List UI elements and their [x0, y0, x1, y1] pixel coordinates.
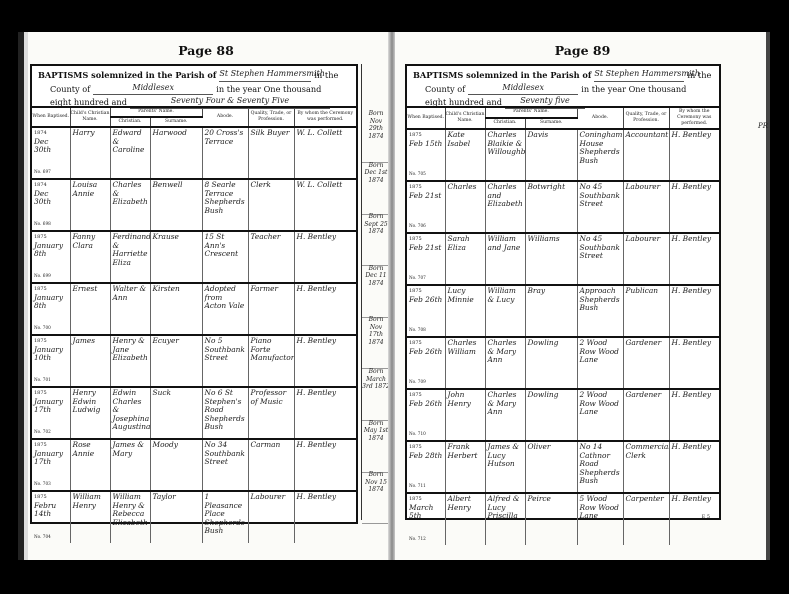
entry-number: No. 705: [409, 170, 426, 179]
entries-table: When Baptised. Child's Christian Name. P…: [407, 108, 719, 545]
parents-christian-cell: James & Lucy Hutson: [485, 441, 525, 493]
col-parents: Parents' Name.: [110, 108, 202, 117]
col-by: By whom the Ceremony was performed.: [294, 108, 356, 127]
abode-cell: No 45 Southbank Street: [577, 233, 623, 285]
child-name-cell: James: [70, 335, 110, 387]
margin-note: Born Dec 11 1874: [362, 265, 390, 318]
child-name-cell: Fanny Clara: [70, 231, 110, 283]
register-table-right: BAPTISMS solemnized in the Parish ofSt S…: [405, 64, 721, 520]
parents-christian-cell: Charles Blaikie & Willoughby: [485, 129, 525, 181]
quality-cell: Carpenter: [623, 493, 669, 545]
parents-christian-cell: William & Lucy: [485, 285, 525, 337]
entry-date: January 8th: [34, 242, 68, 259]
margin-note: Born Sept 25 1874: [362, 213, 390, 266]
entry-number: No. 708: [409, 326, 426, 335]
date-cell: 1875Feb 26thNo. 709: [407, 337, 445, 389]
parents-christian-cell: Charles and Elizabeth: [485, 181, 525, 233]
officiant-cell: H. Bentley: [669, 181, 719, 233]
entry-date: Feb 26th: [409, 348, 443, 357]
officiant-cell: W. L. Collett: [294, 179, 356, 231]
parish-value: St Stephen Hammersmith: [594, 68, 684, 82]
entry-date: January 17th: [34, 450, 68, 467]
surname-cell: Suck: [150, 387, 202, 439]
margin-note: Born Nov 15 1874: [362, 471, 390, 524]
margin-note: Born May 1st 1874: [362, 420, 390, 473]
entry-number: No. 702: [34, 428, 51, 437]
surname-cell: Harwood: [150, 127, 202, 179]
officiant-cell: H. Bentley: [294, 387, 356, 439]
quality-cell: Commercial Clerk: [623, 441, 669, 493]
child-name-cell: Ernest: [70, 283, 110, 335]
table-row: 1875January 8thNo. 699Fanny ClaraFerdina…: [32, 231, 356, 283]
surname-cell: Oliver: [525, 441, 577, 493]
entry-number: No. 703: [34, 480, 51, 489]
child-name-cell: Rose Annie: [70, 439, 110, 491]
table-row: 1874Dec 30thNo. 697HarryEdward & Carolin…: [32, 127, 356, 179]
col-christian: Christian.: [485, 118, 525, 129]
county-value: Middlesex: [93, 82, 213, 96]
entry-date: Febru 14th: [34, 502, 68, 519]
entry-number: No. 707: [409, 274, 426, 283]
date-cell: 1875Feb 26thNo. 710: [407, 389, 445, 441]
entries-table: When Baptised. Child's Christian Name. P…: [32, 108, 356, 543]
entry-date: Dec 30th: [34, 138, 68, 155]
heading-eight-hundred: eight hundred and: [50, 96, 127, 109]
heading-year: in the year One thousand: [581, 83, 686, 96]
surname-cell: Kirsten: [150, 283, 202, 335]
quality-cell: Gardener: [623, 337, 669, 389]
quality-cell: Clerk: [248, 179, 294, 231]
col-parents: Parents' Name.: [485, 108, 577, 118]
quality-cell: Piano Forte Manufactory: [248, 335, 294, 387]
quality-cell: Gardener: [623, 389, 669, 441]
entry-number: No. 698: [34, 220, 51, 229]
entry-number: No. 712: [409, 535, 426, 544]
table-row: 1875Feb 26thNo. 709Charles WilliamCharle…: [407, 337, 719, 389]
page-right: Page 89 BAPTISMS solemnized in the Paris…: [395, 32, 770, 560]
entry-number: No. 711: [409, 482, 426, 491]
date-cell: 1875Febru 14thNo. 704: [32, 491, 70, 543]
officiant-cell: H. Bentley: [294, 439, 356, 491]
heading-prefix: BAPTISMS solemnized in the Parish of: [38, 69, 216, 82]
entry-date: January 10th: [34, 346, 68, 363]
page-left: Page 88 BAPTISMS solemnized in the Paris…: [18, 32, 395, 560]
surname-cell: Peirce: [525, 493, 577, 545]
abode-cell: No 5 Southbank Street: [202, 335, 248, 387]
margin-note: Born Nov 17th 1874: [362, 316, 390, 369]
col-christian: Christian.: [110, 117, 150, 127]
date-cell: 1874Dec 30thNo. 697: [32, 127, 70, 179]
table-row: 1875January 10thNo. 701JamesHenry & Jane…: [32, 335, 356, 387]
abode-cell: 8 Searle Terrace Shepherds Bush: [202, 179, 248, 231]
date-cell: 1875March 5thNo. 712: [407, 493, 445, 545]
quality-cell: Publican: [623, 285, 669, 337]
parents-christian-cell: William and Jane: [485, 233, 525, 285]
abode-cell: 2 Wood Row Wood Lane: [577, 337, 623, 389]
abode-cell: No 14 Cathnor Road Shepherds Bush: [577, 441, 623, 493]
date-cell: 1875January 17thNo. 703: [32, 439, 70, 491]
col-by: By whom the Ceremony was performed.: [669, 108, 719, 129]
entry-number: No. 709: [409, 378, 426, 387]
entry-date: March 5th: [409, 504, 443, 521]
register-heading: BAPTISMS solemnized in the Parish ofSt S…: [407, 66, 719, 108]
surname-cell: Williams: [525, 233, 577, 285]
officiant-cell: H. Bentley: [669, 129, 719, 181]
parents-christian-cell: James & Mary: [110, 439, 150, 491]
year-value: Seventy five: [505, 95, 585, 109]
margin-note: Born Dec 1st 1874: [362, 162, 390, 215]
date-cell: 1875Feb 28thNo. 711: [407, 441, 445, 493]
quality-cell: Professor of Music: [248, 387, 294, 439]
abode-cell: Approach Shepherds Bush: [577, 285, 623, 337]
heading-county: County of: [425, 83, 465, 96]
abode-cell: No 45 Southbank Street: [577, 181, 623, 233]
child-name-cell: Sarah Eliza: [445, 233, 485, 285]
col-surname: Surname.: [525, 118, 577, 129]
surname-cell: Dowling: [525, 389, 577, 441]
quality-cell: Labourer: [623, 181, 669, 233]
margin-note: Born March 3rd 1872: [362, 368, 390, 421]
officiant-cell: H. Bentley: [669, 441, 719, 493]
parents-christian-cell: Charles & Mary Ann: [485, 337, 525, 389]
entry-date: Dec 30th: [34, 190, 68, 207]
heading-in-the: in the: [687, 69, 711, 82]
parents-christian-cell: Henry & Jane Elizabeth: [110, 335, 150, 387]
parents-christian-cell: Ferdinand & Harriette Eliza: [110, 231, 150, 283]
surname-cell: Dowling: [525, 337, 577, 389]
entry-number: No. 699: [34, 272, 51, 281]
quality-cell: Silk Buyer: [248, 127, 294, 179]
entry-date: Feb 21st: [409, 244, 443, 253]
officiant-cell: H. Bentley: [669, 285, 719, 337]
entry-date: Feb 26th: [409, 296, 443, 305]
quality-cell: Labourer: [248, 491, 294, 543]
register-book: Page 88 BAPTISMS solemnized in the Paris…: [18, 32, 770, 560]
surname-cell: Moody: [150, 439, 202, 491]
abode-cell: Adopted from Acton Vale: [202, 283, 248, 335]
officiant-cell: W. L. Collett: [294, 127, 356, 179]
abode-cell: 5 Wood Row Wood Lane: [577, 493, 623, 545]
officiant-cell: H. Bentley: [669, 337, 719, 389]
col-quality: Quality, Trade, or Profession.: [623, 108, 669, 129]
parents-christian-cell: Charles & Mary Ann: [485, 389, 525, 441]
page-title: Page 88: [18, 43, 394, 58]
col-abode: Abode.: [202, 108, 248, 127]
officiant-cell: H. Bentley: [294, 231, 356, 283]
quality-cell: Carman: [248, 439, 294, 491]
table-row: 1875Febru 14thNo. 704William HenryWillia…: [32, 491, 356, 543]
col-when: When Baptised.: [407, 108, 445, 129]
surname-cell: Benwell: [150, 179, 202, 231]
table-row: 1875March 5thNo. 712Albert HenryAlfred &…: [407, 493, 719, 545]
date-cell: 1875January 10thNo. 701: [32, 335, 70, 387]
table-row: 1875Feb 15thNo. 705Kate IsabelCharles Bl…: [407, 129, 719, 181]
surname-cell: Botwright: [525, 181, 577, 233]
child-name-cell: Charles William: [445, 337, 485, 389]
entry-number: No. 700: [34, 324, 51, 333]
entry-date: Feb 21st: [409, 192, 443, 201]
table-row: 1875January 17thNo. 702Henry Edwin Ludwi…: [32, 387, 356, 439]
abode-cell: 2 Wood Row Wood Lane: [577, 389, 623, 441]
abode-cell: 15 St Ann's Crescent: [202, 231, 248, 283]
date-cell: 1874Dec 30thNo. 698: [32, 179, 70, 231]
col-abode: Abode.: [577, 108, 623, 129]
abode-cell: No 34 Southbank Street: [202, 439, 248, 491]
margin-note: Born Nov 29th 1874: [362, 110, 390, 163]
heading-prefix: BAPTISMS solemnized in the Parish of: [413, 69, 591, 82]
child-name-cell: Albert Henry: [445, 493, 485, 545]
child-name-cell: Lucy Minnie: [445, 285, 485, 337]
entry-date: January 17th: [34, 398, 68, 415]
quality-cell: Accountant: [623, 129, 669, 181]
footer-mark: E 5: [702, 514, 710, 520]
child-name-cell: Harry: [70, 127, 110, 179]
date-cell: 1875Feb 21stNo. 706: [407, 181, 445, 233]
parents-christian-cell: Alfred & Lucy Priscilla: [485, 493, 525, 545]
quality-cell: Farmer: [248, 283, 294, 335]
date-cell: 1875Feb 15thNo. 705: [407, 129, 445, 181]
abode-cell: Coningham House Shepherds Bush: [577, 129, 623, 181]
abode-cell: 1 Pleasance Place Shepherds Bush: [202, 491, 248, 543]
entry-number: No. 706: [409, 222, 426, 231]
officiant-cell: H. Bentley: [294, 335, 356, 387]
abode-cell: No 6 St Stephen's Road Shepherds Bush: [202, 387, 248, 439]
table-row: 1875Feb 21stNo. 706CharlesCharles and El…: [407, 181, 719, 233]
surname-cell: Davis: [525, 129, 577, 181]
entry-date: January 8th: [34, 294, 68, 311]
officiant-cell: H. Bentley: [669, 389, 719, 441]
abode-cell: 20 Cross's Terrace: [202, 127, 248, 179]
county-value: Middlesex: [468, 82, 578, 96]
parents-christian-cell: William Henry & Rebecca Elizabeth: [110, 491, 150, 543]
table-row: 1875Feb 26thNo. 708Lucy MinnieWilliam & …: [407, 285, 719, 337]
table-row: 1875Feb 26thNo. 710John HenryCharles & M…: [407, 389, 719, 441]
date-cell: 1875January 17thNo. 702: [32, 387, 70, 439]
child-name-cell: John Henry: [445, 389, 485, 441]
parents-christian-cell: Charles & Elizabeth: [110, 179, 150, 231]
date-cell: 1875Feb 21stNo. 707: [407, 233, 445, 285]
entry-date: Feb 26th: [409, 400, 443, 409]
register-table-left: BAPTISMS solemnized in the Parish ofSt S…: [30, 64, 358, 524]
table-row: 1875Feb 21stNo. 707Sarah ElizaWilliam an…: [407, 233, 719, 285]
table-row: 1874Dec 30thNo. 698Louisa AnnieCharles &…: [32, 179, 356, 231]
officiant-cell: H. Bentley: [669, 493, 719, 545]
table-row: 1875January 17thNo. 703Rose AnnieJames &…: [32, 439, 356, 491]
entry-number: No. 697: [34, 168, 51, 177]
quality-cell: Labourer: [623, 233, 669, 285]
parents-christian-cell: Edwin Charles & Josephina Augustina: [110, 387, 150, 439]
officiant-cell: H. Bentley: [294, 283, 356, 335]
col-surname: Surname.: [150, 117, 202, 127]
heading-eight-hundred: eight hundred and: [425, 96, 502, 109]
col-child: Child's Christian Name.: [445, 108, 485, 129]
entry-number: No. 704: [34, 533, 51, 542]
entry-date: Feb 15th: [409, 140, 443, 149]
heading-year: in the year One thousand: [216, 83, 321, 96]
date-cell: 1875January 8thNo. 699: [32, 231, 70, 283]
year-value: Seventy Four & Seventy Five: [130, 95, 330, 109]
child-name-cell: Louisa Annie: [70, 179, 110, 231]
entry-number: No. 710: [409, 430, 426, 439]
edge-note: PR: [758, 122, 768, 130]
col-when: When Baptised.: [32, 108, 70, 127]
col-quality: Quality, Trade, or Profession.: [248, 108, 294, 127]
date-cell: 1875January 8thNo. 700: [32, 283, 70, 335]
surname-cell: Krause: [150, 231, 202, 283]
date-cell: 1875Feb 26thNo. 708: [407, 285, 445, 337]
entry-number: No. 701: [34, 376, 51, 385]
margin-notes-left: Born Nov 29th 1874Born Dec 1st 1874Born …: [361, 64, 390, 520]
child-name-cell: Charles: [445, 181, 485, 233]
parish-value: St Stephen Hammersmith: [219, 68, 311, 82]
surname-cell: Taylor: [150, 491, 202, 543]
col-child: Child's Christian Name.: [70, 108, 110, 127]
child-name-cell: Kate Isabel: [445, 129, 485, 181]
quality-cell: Teacher: [248, 231, 294, 283]
table-row: 1875January 8thNo. 700ErnestWalter & Ann…: [32, 283, 356, 335]
child-name-cell: William Henry: [70, 491, 110, 543]
heading-in-the: in the: [314, 69, 338, 82]
officiant-cell: H. Bentley: [294, 491, 356, 543]
child-name-cell: Henry Edwin Ludwig: [70, 387, 110, 439]
surname-cell: Ecuyer: [150, 335, 202, 387]
heading-county: County of: [50, 83, 90, 96]
officiant-cell: H. Bentley: [669, 233, 719, 285]
page-title: Page 89: [395, 43, 770, 58]
child-name-cell: Frank Herbert: [445, 441, 485, 493]
register-heading: BAPTISMS solemnized in the Parish ofSt S…: [32, 66, 356, 108]
entry-date: Feb 28th: [409, 452, 443, 461]
parents-christian-cell: Edward & Caroline: [110, 127, 150, 179]
table-row: 1875Feb 28thNo. 711Frank HerbertJames & …: [407, 441, 719, 493]
surname-cell: Bray: [525, 285, 577, 337]
parents-christian-cell: Walter & Ann: [110, 283, 150, 335]
